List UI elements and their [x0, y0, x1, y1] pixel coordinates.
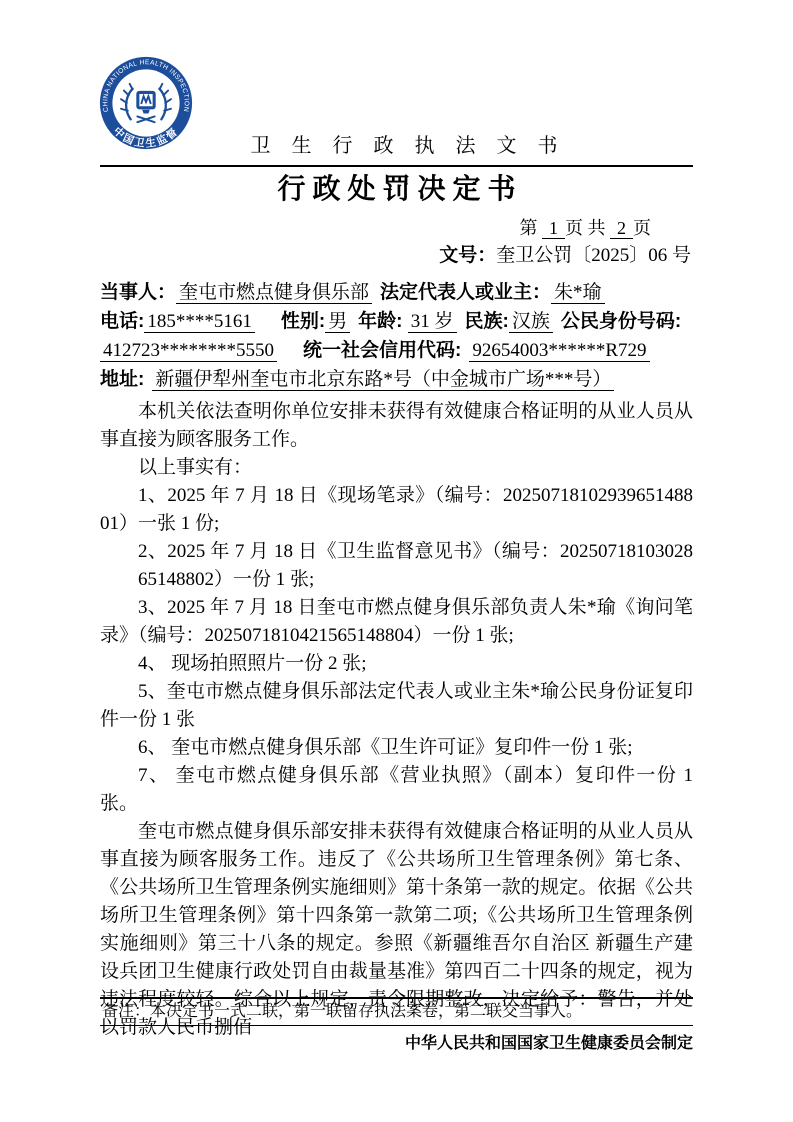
party-row-2: 电话:185****5161性别:男年龄: 31 岁民族:汉族公民身份号码:	[100, 307, 693, 336]
document-number-label: 文号：	[439, 245, 496, 266]
paragraph-facts-header: 以上事实有：	[100, 454, 693, 482]
total-page-number: 2	[610, 218, 633, 239]
gender-label: 性别:	[281, 311, 325, 332]
party-row-1: 当事人：奎屯市燃点健身俱乐部法定代表人或业主：朱*瑜	[100, 278, 693, 307]
page-indicator: 第 1页 共 2页	[100, 214, 693, 242]
address-label: 地址:	[100, 369, 144, 390]
ethnicity-value: 汉族	[509, 311, 553, 333]
header-divider	[100, 165, 693, 167]
document-body: 本机关依法查明你单位安排未获得有效健康合格证明的从业人员从事直接为顾客服务工作。…	[100, 398, 693, 1042]
evidence-item-1: 1、2025 年 7 月 18 日《现场笔录》（编号：2025071810293…	[100, 482, 693, 538]
legal-rep-label: 法定代表人或业主：	[380, 282, 551, 303]
current-page-number: 1	[542, 218, 565, 239]
credit-code-label: 统一社会信用代码:	[303, 340, 461, 361]
logo-emblem-svg: CHINA NATIONAL HEALTH INSPECTION 中国卫生监督	[98, 55, 194, 151]
evidence-item-3: 3、2025 年 7 月 18 日奎屯市燃点健身俱乐部负责人朱*瑜《询问笔录》（…	[100, 594, 693, 650]
footer-note-text: 本决定书一式二联，第一联留存执法案卷，第二联交当事人。	[150, 1003, 582, 1020]
document-page: CHINA NATIONAL HEALTH INSPECTION 中国卫生监督	[0, 0, 793, 1122]
footer-note-label: 备注：	[102, 1003, 150, 1020]
credit-code-value: 92654003******R729	[469, 340, 649, 362]
party-name-value: 奎屯市燃点健身俱乐部	[176, 282, 372, 304]
age-label: 年龄:	[358, 311, 408, 332]
document-number: 文号：奎卫公罚〔2025〕06 号	[100, 242, 693, 269]
page-indicator-prefix: 第	[520, 218, 538, 238]
evidence-item-7: 7、 奎屯市燃点健身俱乐部《营业执照》（副本）复印件一份 1 张。	[100, 762, 693, 818]
legal-rep-value: 朱*瑜	[551, 282, 605, 304]
party-row-4: 地址:新疆伊犁州奎屯市北京东路*号（中金城市广场***号）	[100, 365, 693, 394]
id-number-label: 公民身份号码:	[561, 311, 681, 332]
footer-note: 备注：本决定书一式二联，第一联留存执法案卷，第二联交当事人。	[100, 997, 693, 1026]
evidence-item-2: 2、2025 年 7 月 18 日《卫生监督意见书》（编号：2025071810…	[100, 538, 693, 594]
party-row-3: 412723********5550统一社会信用代码:92654003*****…	[100, 336, 693, 365]
paragraph-findings: 本机关依法查明你单位安排未获得有效健康合格证明的从业人员从事直接为顾客服务工作。	[100, 398, 693, 454]
party-info-section: 当事人：奎屯市燃点健身俱乐部法定代表人或业主：朱*瑜 电话:185****516…	[100, 278, 693, 394]
page-indicator-suffix: 页	[633, 218, 651, 238]
party-label: 当事人：	[100, 282, 176, 303]
page-title: 行政处罚决定书	[100, 170, 693, 208]
id-number-value: 412723********5550	[100, 340, 277, 362]
phone-label: 电话:	[100, 311, 144, 332]
phone-value: 185****5161	[144, 311, 255, 333]
evidence-item-6: 6、 奎屯市燃点健身俱乐部《卫生许可证》复印件一份 1 张;	[100, 734, 693, 762]
ethnicity-label: 民族:	[465, 311, 509, 332]
page-indicator-middle: 页 共	[565, 218, 606, 238]
issuer-line: 中华人民共和国国家卫生健康委员会制定	[100, 1033, 693, 1055]
address-value: 新疆伊犁州奎屯市北京东路*号（中金城市广场***号）	[152, 369, 614, 391]
gender-value: 男	[325, 311, 350, 333]
age-value: 31 岁	[408, 311, 457, 333]
evidence-item-5: 5、奎屯市燃点健身俱乐部法定代表人或业主朱*瑜公民身份证复印件一份 1 张	[100, 678, 693, 734]
health-inspection-logo: CHINA NATIONAL HEALTH INSPECTION 中国卫生监督	[98, 55, 194, 151]
document-number-value: 奎卫公罚〔2025〕06 号	[496, 245, 691, 266]
footer: 备注：本决定书一式二联，第一联留存执法案卷，第二联交当事人。 中华人民共和国国家…	[100, 997, 693, 1055]
evidence-item-4: 4、 现场拍照照片一份 2 张;	[100, 650, 693, 678]
